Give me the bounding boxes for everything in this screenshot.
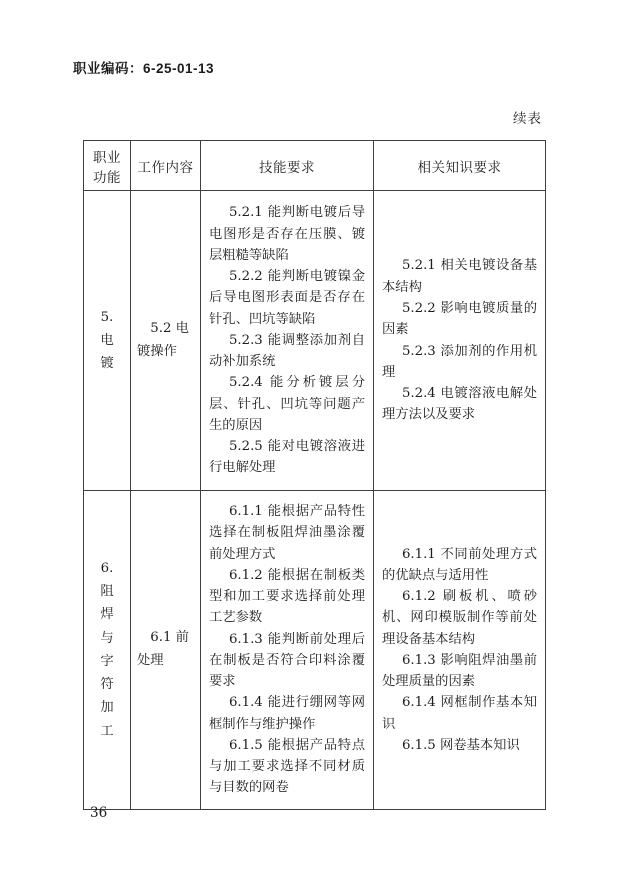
work-content-cell: 5.2 电镀操作 xyxy=(131,191,201,491)
knowledge-item: 6.1.3 影响阻焊油墨前处理质量的因素 xyxy=(382,650,537,693)
skill-item: 6.1.2 能根据在制板类型和加工要求选择前处理工艺参数 xyxy=(209,565,365,629)
skill-item: 5.2.5 能对电镀溶液进行电解处理 xyxy=(209,436,365,479)
skill-item: 5.2.4 能分析镀层分层、针孔、凹坑等问题产生的原因 xyxy=(209,372,365,436)
knowledge-item: 6.1.5 网卷基本知识 xyxy=(382,735,537,756)
function-cell: 5. 电镀 xyxy=(84,191,131,491)
continued-table-label: 续表 xyxy=(513,107,542,127)
knowledge-item: 5.2.4 电镀溶液电解处理方法以及要求 xyxy=(382,383,537,426)
skill-requirements-table: 职业功能 工作内容 技能要求 相关知识要求 5. 电镀 5.2 电镀操作 5.2… xyxy=(83,140,546,810)
table-row: 6. 阻焊与字符加工 6.1 前处理 6.1.1 能根据产品特性选择在制板阻焊油… xyxy=(84,491,546,810)
knowledge-item: 6.1.4 网框制作基本知识 xyxy=(382,692,537,735)
skill-item: 5.2.2 能判断电镀镍金后导电图形表面是否存在针孔、凹坑等缺陷 xyxy=(209,266,365,330)
skill-item: 6.1.1 能根据产品特性选择在制板阻焊油墨涂覆前处理方式 xyxy=(209,501,365,565)
document-page: 职业编码：6-25-01-13 续表 职业功能 工作内容 技能要求 相关知识要求… xyxy=(0,0,630,883)
function-cell: 6. 阻焊与字符加工 xyxy=(84,491,131,810)
skill-item: 6.1.3 能判断前处理后在制板是否符合印料涂覆要求 xyxy=(209,629,365,693)
skill-item: 5.2.1 能判断电镀后导电图形是否存在压膜、镀层粗糙等缺陷 xyxy=(209,202,365,266)
knowledge-item: 6.1.2 刷板机、喷砂机、网印模版制作等前处理设备基本结构 xyxy=(382,586,537,650)
skill-requirements-cell: 6.1.1 能根据产品特性选择在制板阻焊油墨涂覆前处理方式 6.1.2 能根据在… xyxy=(201,491,374,810)
work-content-label: 5.2 电镀操作 xyxy=(137,318,194,363)
skill-item: 6.1.4 能进行绷网等网框制作与维护操作 xyxy=(209,692,365,735)
function-label: 5. 电镀 xyxy=(97,306,117,376)
knowledge-requirements-cell: 6.1.1 不同前处理方式的优缺点与适用性 6.1.2 刷板机、喷砂机、网印模版… xyxy=(374,491,546,810)
knowledge-item: 5.2.1 相关电镀设备基本结构 xyxy=(382,255,537,298)
work-content-label: 6.1 前处理 xyxy=(137,627,194,672)
page-number: 36 xyxy=(90,805,107,821)
table-header-row: 职业功能 工作内容 技能要求 相关知识要求 xyxy=(84,141,546,191)
knowledge-requirements-cell: 5.2.1 相关电镀设备基本结构 5.2.2 影响电镀质量的因素 5.2.3 添… xyxy=(374,191,546,491)
header-work-content: 工作内容 xyxy=(131,141,201,191)
occupation-code: 职业编码：6-25-01-13 xyxy=(73,57,214,77)
header-skill-requirements: 技能要求 xyxy=(201,141,374,191)
skill-item: 6.1.5 能根据产品特点与加工要求选择不同材质与目数的网卷 xyxy=(209,735,365,799)
knowledge-item: 6.1.1 不同前处理方式的优缺点与适用性 xyxy=(382,544,537,587)
knowledge-item: 5.2.3 添加剂的作用机理 xyxy=(382,341,537,384)
skill-requirements-cell: 5.2.1 能判断电镀后导电图形是否存在压膜、镀层粗糙等缺陷 5.2.2 能判断… xyxy=(201,191,374,491)
skill-item: 5.2.3 能调整添加剂自动补加系统 xyxy=(209,330,365,373)
header-occupational-function: 职业功能 xyxy=(84,141,131,191)
knowledge-item: 5.2.2 影响电镀质量的因素 xyxy=(382,298,537,341)
work-content-cell: 6.1 前处理 xyxy=(131,491,201,810)
header-knowledge-requirements: 相关知识要求 xyxy=(374,141,546,191)
table-row: 5. 电镀 5.2 电镀操作 5.2.1 能判断电镀后导电图形是否存在压膜、镀层… xyxy=(84,191,546,491)
function-label: 6. 阻焊与字符加工 xyxy=(97,557,117,743)
